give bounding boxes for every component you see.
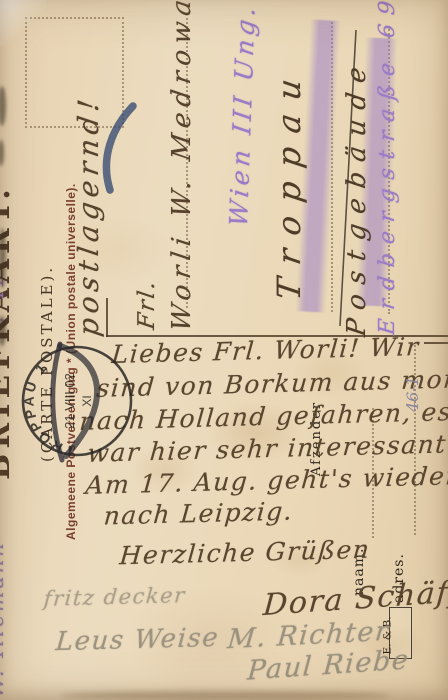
pencil-archive-number: 46-1 [405, 376, 421, 412]
hw-addressee: Worli W. Medrowa [169, 0, 195, 333]
edge-smudge [0, 140, 4, 166]
postmark-stamp: TROPPAU 1 21 VIII 02 XI [12, 336, 142, 466]
pencil-name-2: Leus Weise [55, 623, 221, 657]
divider-stub [106, 298, 108, 337]
hw-building: Postgebäude [344, 56, 370, 338]
purple-redirect-street: Erdbergstraße 69 [377, 0, 399, 336]
hw-city: Troppau [273, 63, 305, 302]
postcard-scan: BRIEFKAART. (CARTE POSTALE). Algemeene P… [0, 0, 448, 700]
hw-honorific: Frl. [136, 278, 159, 331]
message-line: sind von Borkum aus mor- [95, 364, 448, 403]
hw-note-flourish: postlagernd! [75, 93, 103, 338]
pencil-name-1: fritz decker [43, 583, 187, 611]
edge-smudge [0, 86, 6, 126]
postmark-time: XI [80, 395, 94, 406]
message-line: Herzliche Grüßen [119, 535, 372, 571]
message-line: Liebes Frl. Worli! Wir [110, 332, 420, 369]
postmark-date: 21 VIII 02 [62, 373, 77, 429]
message-line: Am 17. Aug. geht's wieder [84, 461, 448, 500]
pencil-left-vertical: W. Illemann [0, 540, 7, 698]
scan-bottom-shadow [60, 691, 390, 700]
message-line: nach Leipzig. [103, 497, 295, 531]
divider-edge-rule [424, 342, 448, 344]
purple-redirect-city: Wien III Ung. [226, 2, 259, 228]
